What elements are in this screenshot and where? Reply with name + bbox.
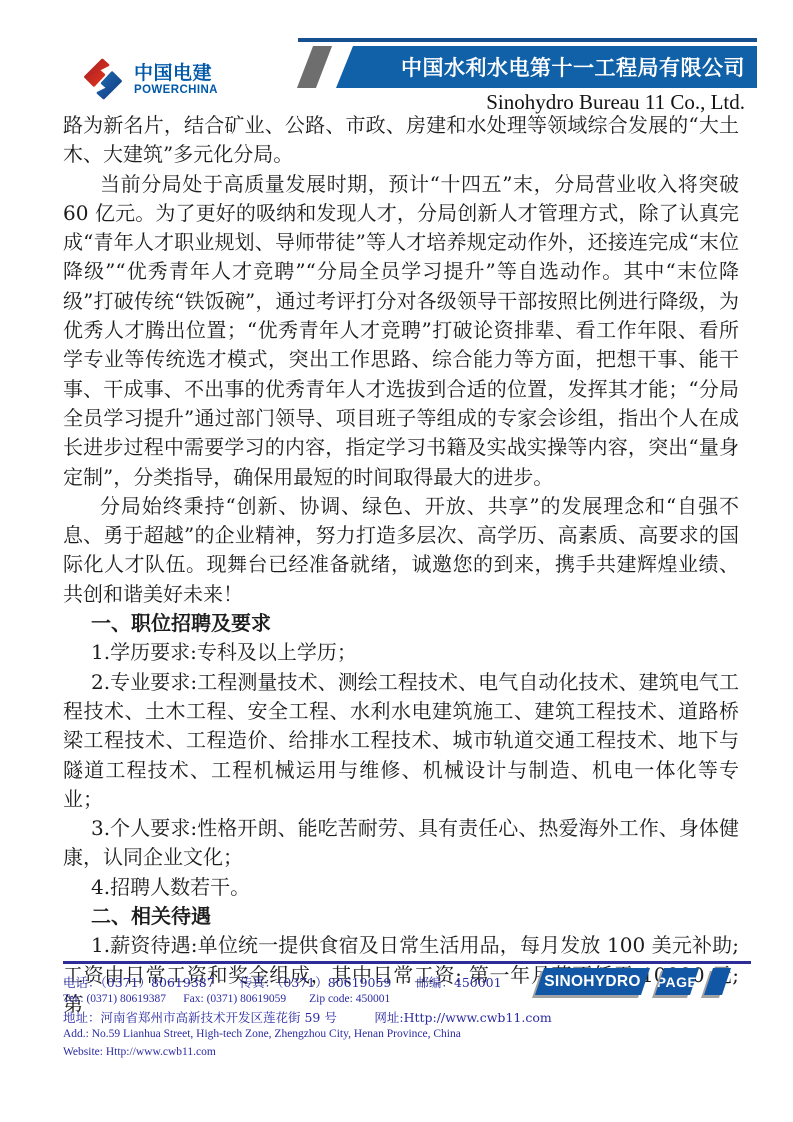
list-item: 1.学历要求:专科及以上学历； <box>63 638 739 667</box>
sinohydro-page-logo: SINOHYDRO PAGE <box>535 968 731 995</box>
footer-website-line: Website: Http://www.cwb11.com <box>63 1044 552 1061</box>
banner-topline-decoration <box>298 38 757 42</box>
brand-name-cn: 中国电建 <box>134 64 218 84</box>
section-heading: 二、相关待遇 <box>63 902 739 931</box>
company-name-cn: 中国水利水电第十一工程局有限公司 <box>401 52 745 82</box>
list-item: 2.专业要求:工程测量技术、测绘工程技术、电气自动化技术、建筑电气工程技术、土木… <box>63 668 739 814</box>
footer-phone-line-en: Tel.: (0371) 80619387 Fax: (0371) 806190… <box>63 991 552 1008</box>
section-heading: 一、职位招聘及要求 <box>63 609 739 638</box>
footer-divider <box>63 961 751 964</box>
banner-slash-decoration <box>297 46 332 88</box>
brand-text: 中国电建 POWERCHINA <box>134 64 218 97</box>
page-wordmark: PAGE <box>655 968 699 995</box>
paragraph: 当前分局处于高质量发展时期，预计“十四五”末，分局营业收入将突破 60 亿元。为… <box>63 170 739 492</box>
sinohydro-wordmark: SINOHYDRO <box>535 968 650 995</box>
page-wordmark-text: PAGE <box>657 974 698 990</box>
brand-name-en: POWERCHINA <box>134 84 218 96</box>
paragraph: 路为新名片，结合矿业、公路、市政、房建和水处理等领域综合发展的“大土木、大建筑”… <box>63 111 739 170</box>
document-body: 路为新名片，结合矿业、公路、市政、房建和水处理等领域综合发展的“大土木、大建筑”… <box>63 111 739 1019</box>
document-page: 中国电建 POWERCHINA 中国水利水电第十一工程局有限公司 Sinohyd… <box>0 0 793 1122</box>
sinohydro-wordmark-text: SINOHYDRO <box>544 973 641 991</box>
logo-tail-decoration <box>704 968 731 995</box>
powerchina-logo: 中国电建 POWERCHINA <box>82 56 218 102</box>
company-banner: 中国水利水电第十一工程局有限公司 <box>336 46 757 88</box>
powerchina-diamond-icon <box>82 56 124 102</box>
footer-address-line-en: Add.: No.59 Lianhua Street, High-tech Zo… <box>63 1026 552 1043</box>
footer-contact-block: 电话：（0371）80619387 传真：（0371）80619059 邮编：4… <box>63 974 552 1061</box>
list-item: 3.个人要求:性格开朗、能吃苦耐劳、具有责任心、热爱海外工作、身体健康，认同企业… <box>63 814 739 873</box>
list-item: 4.招聘人数若干。 <box>63 873 739 902</box>
footer-address-line-cn: 地址：河南省郑州市高新技术开发区莲花街 59 号 网址:Http://www.c… <box>63 1009 552 1026</box>
footer-phone-line-cn: 电话：（0371）80619387 传真：（0371）80619059 邮编：4… <box>63 974 552 991</box>
paragraph: 分局始终秉持“创新、协调、绿色、开放、共享”的发展理念和“自强不息、勇于超越”的… <box>63 492 739 609</box>
